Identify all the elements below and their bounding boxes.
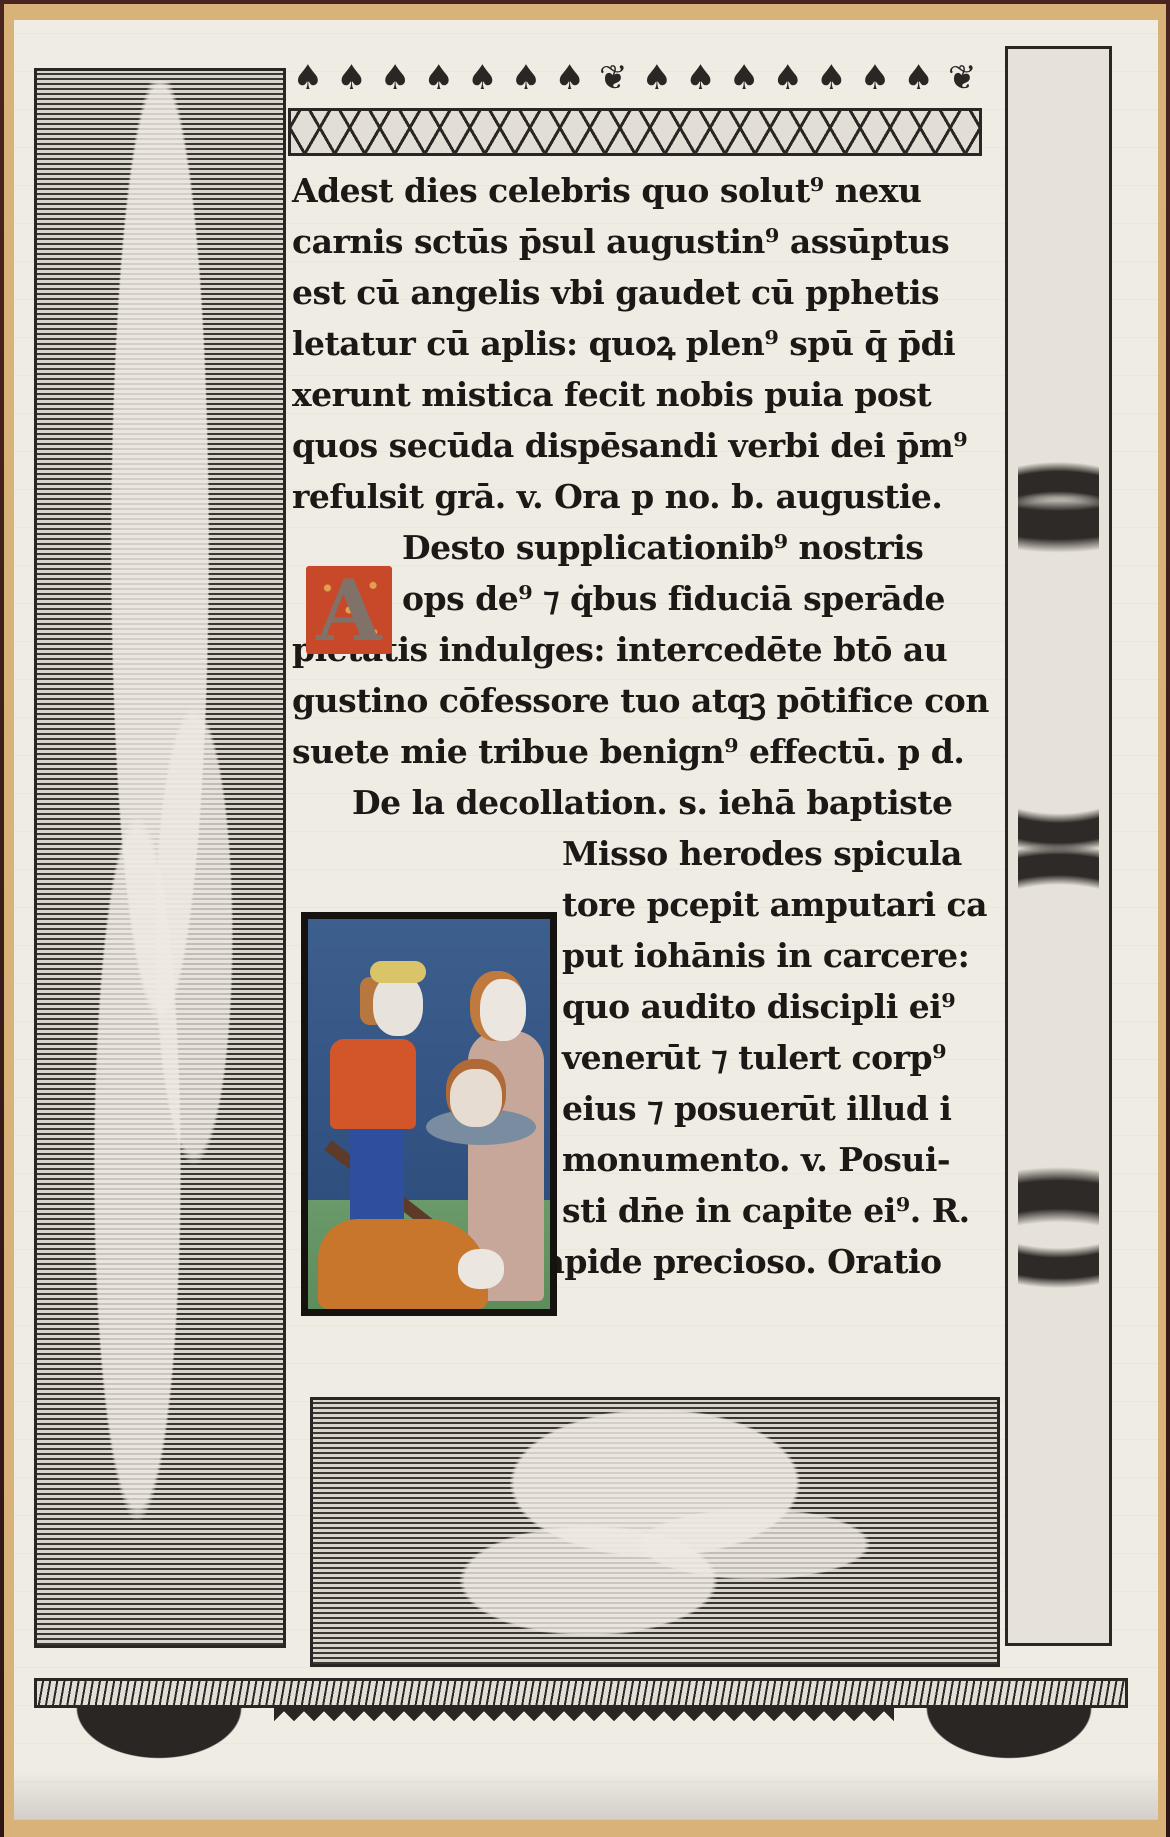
fleuron-icon: ♠ (637, 54, 677, 102)
baptist-head (450, 1069, 502, 1127)
initial-letter: A (316, 561, 381, 660)
text-line: est cū angelis vbi gaudet cū pphetis (292, 267, 1002, 318)
star-band (288, 108, 982, 156)
salome-head (480, 979, 526, 1041)
bottom-border-woodcut (310, 1397, 1000, 1667)
text-line: xerunt mistica fecit nobis puia post (292, 369, 1002, 420)
frieze-dentils (274, 1708, 894, 1742)
executioner-tunic (330, 1039, 416, 1129)
text-line: Desto supplicationib⁹ nostris (292, 522, 1002, 573)
text-line: refulsit grā. v. Ora p no. b. augustie. (292, 471, 1002, 522)
text-line: Adest dies celebris quo solut⁹ nexu (292, 165, 1002, 216)
fleuron-icon: ❦ (593, 54, 633, 102)
executioner-head (373, 974, 423, 1036)
fleuron-icon: ♠ (375, 54, 415, 102)
text-line: Misso herodes spicula (292, 828, 1002, 879)
fleuron-icon: ♠ (463, 54, 503, 102)
fleuron-icon: ♠ (724, 54, 764, 102)
top-frieze: ♠ ♠ ♠ ♠ ♠ ♠ ♠ ❦ ♠ ♠ ♠ ♠ ♠ ♠ ♠ ❦ (288, 50, 982, 160)
text-line: suete mie tribue benign⁹ effectū. p d. (292, 726, 1002, 777)
fleuron-icon: ♠ (855, 54, 895, 102)
fleuron-icon: ♠ (550, 54, 590, 102)
frieze-lintel (34, 1678, 1128, 1708)
frieze-corbel-left (44, 1708, 274, 1778)
fleuron-row: ♠ ♠ ♠ ♠ ♠ ♠ ♠ ❦ ♠ ♠ ♠ ♠ ♠ ♠ ♠ ❦ (288, 54, 982, 102)
text-line: ops de⁹ ⁊ q̇bus fiduciā sperāde (292, 573, 1002, 624)
text-line: pietatis indulges: intercedēte btō au (292, 624, 1002, 675)
text-line: gustino cōfessore tuo atqꝫ pōtifice con (292, 675, 1002, 726)
rubric-heading: De la decollation. s. iehā baptiste (292, 777, 1002, 828)
fleuron-icon: ♠ (681, 54, 721, 102)
fleuron-icon: ♠ (506, 54, 546, 102)
fleuron-icon: ♠ (332, 54, 372, 102)
right-border-woodcut (1005, 46, 1112, 1646)
fleuron-icon: ♠ (812, 54, 852, 102)
fleuron-icon: ❦ (942, 54, 982, 102)
fleuron-icon: ♠ (899, 54, 939, 102)
fleuron-icon: ♠ (419, 54, 459, 102)
executioner-legs (350, 1124, 404, 1224)
miniature-beheading-of-john (301, 912, 557, 1316)
text-line: letatur cū aplis: quoꝝ plen⁹ spū q̄ p̄di (292, 318, 1002, 369)
fleuron-icon: ♠ (768, 54, 808, 102)
text-line: quos secūda dispēsandi verbi dei p̄m⁹ (292, 420, 1002, 471)
text-line: carnis sctūs p̄sul augustin⁹ assūptus (292, 216, 1002, 267)
executioner-hat (370, 961, 426, 983)
decorated-initial: A (306, 566, 392, 654)
baptist-body-head (458, 1249, 504, 1289)
frieze-corbel-right (894, 1708, 1124, 1778)
frame-shadow (14, 1770, 1158, 1820)
left-border-woodcut (34, 68, 286, 1648)
fleuron-icon: ♠ (288, 54, 328, 102)
